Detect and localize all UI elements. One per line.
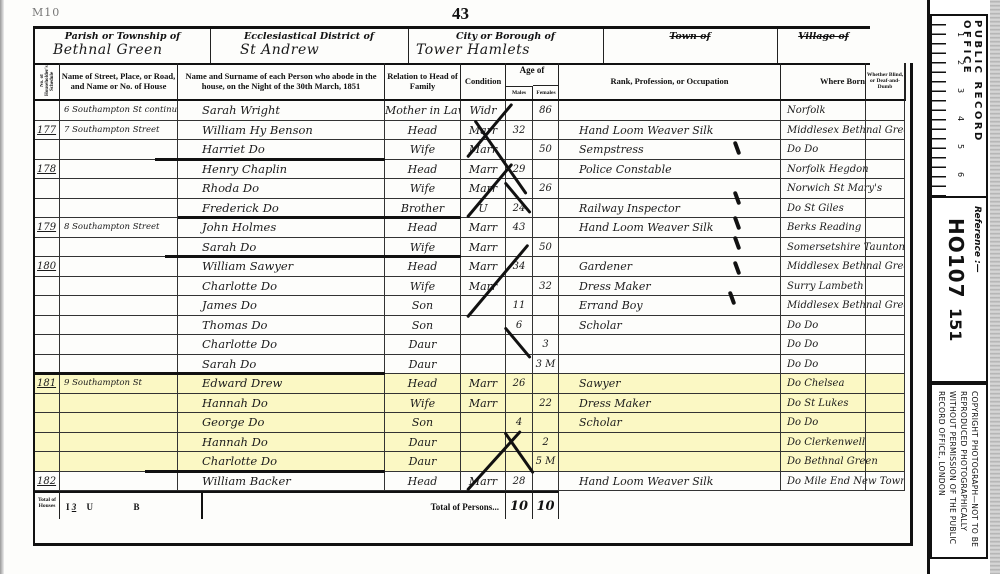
scan-border [990, 0, 1000, 574]
schedule-number-cell: 179 [35, 218, 60, 238]
disability-cell [865, 160, 905, 180]
table-row: 1798 Southampton StreetJohn HolmesHeadMa… [35, 218, 905, 238]
occupation-cell: Police Constable [559, 160, 781, 180]
occupation-cell: Hand Loom Weaver Silk [559, 218, 781, 238]
occupation-cell [559, 101, 781, 121]
table-row: 6 Southampton St continuedSarah WrightMo… [35, 101, 905, 121]
schedule-number-cell: 181 [35, 374, 60, 394]
age-male-cell [506, 277, 533, 297]
age-female-cell: 86 [533, 101, 559, 121]
person-name-cell: Hannah Do [178, 433, 385, 453]
reference-code: HO107 [944, 218, 968, 299]
age-male-cell: 26 [506, 374, 533, 394]
disability-cell [865, 179, 905, 199]
condition-cell: Marr [461, 257, 506, 277]
address-cell [60, 433, 178, 453]
table-row: Hannah DoWifeMarr22Dress MakerDo St Luke… [35, 394, 905, 414]
disability-cell [865, 140, 905, 160]
archive-strip: 123456 PUBLIC RECORD OFFICE Reference :—… [927, 0, 993, 574]
age-female-cell: 2 [533, 433, 559, 453]
condition-cell [461, 335, 506, 355]
household-separator [178, 216, 461, 219]
relation-cell: Daur [385, 452, 461, 472]
occupation-cell [559, 433, 781, 453]
header-disability: Whether Blind, or Deaf-and-Dumb [865, 63, 905, 101]
census-table: No. of Householder's Schedule Name of St… [33, 63, 913, 546]
household-separator [35, 372, 385, 375]
address-cell [60, 472, 178, 492]
address-cell [60, 413, 178, 433]
relation-cell: Son [385, 296, 461, 316]
scale-ruler: 123456 PUBLIC RECORD OFFICE [930, 14, 988, 198]
disability-cell [865, 335, 905, 355]
schedule-number-cell [35, 238, 60, 258]
table-row: Charlotte DoWifeMarr32Dress MakerSurry L… [35, 277, 905, 297]
occupation-cell: Railway Inspector [559, 199, 781, 219]
age-female-cell [533, 316, 559, 336]
person-name-cell: William Backer [178, 472, 385, 492]
schedule-number-cell: 177 [35, 121, 60, 141]
header-occupation: Rank, Profession, or Occupation [559, 63, 781, 101]
disability-cell [865, 316, 905, 336]
table-row: 1777 Southampton StreetWilliam Hy Benson… [35, 121, 905, 141]
relation-cell: Head [385, 160, 461, 180]
total-females: 10 [533, 491, 559, 519]
disability-cell [865, 433, 905, 453]
occupation-cell: Dress Maker [559, 394, 781, 414]
condition-cell: Marr [461, 374, 506, 394]
town-field: Town of [603, 29, 778, 63]
relation-cell: Head [385, 472, 461, 492]
person-name-cell: George Do [178, 413, 385, 433]
disability-cell [865, 277, 905, 297]
schedule-number-cell [35, 277, 60, 297]
age-female-cell [533, 296, 559, 316]
header-name: Name and Surname of each Person who abod… [178, 63, 385, 101]
relation-cell: Wife [385, 394, 461, 414]
disability-cell [865, 472, 905, 492]
schedule-number-cell [35, 394, 60, 414]
disability-cell [865, 413, 905, 433]
total-houses-label: Total of Houses [35, 491, 60, 519]
age-female-cell [533, 472, 559, 492]
schedule-number-cell [35, 140, 60, 160]
schedule-number-cell [35, 433, 60, 453]
person-name-cell: Edward Drew [178, 374, 385, 394]
village-field: Village of [777, 29, 870, 63]
occupation-cell [559, 452, 781, 472]
schedule-number-cell [35, 316, 60, 336]
occupation-cell: Dress Maker [559, 277, 781, 297]
age-female-cell: 32 [533, 277, 559, 297]
occupation-cell: Errand Boy [559, 296, 781, 316]
copyright-notice: COPYRIGHT PHOTOGRAPH—NOT TO BE REPRODUCE… [936, 391, 980, 557]
address-cell [60, 160, 178, 180]
relation-cell: Wife [385, 140, 461, 160]
disability-cell [865, 355, 905, 375]
ruler-ticks [932, 16, 946, 196]
parish-value: Bethnal Green [53, 42, 162, 58]
age-female-cell [533, 160, 559, 180]
condition-cell: Marr [461, 218, 506, 238]
age-female-cell: 50 [533, 238, 559, 258]
address-cell [60, 316, 178, 336]
borough-value: Tower Hamlets [416, 42, 530, 58]
table-row: Hannah DoDaur2Do Clerkenwell [35, 433, 905, 453]
relation-cell: Mother in Law [385, 101, 461, 121]
table-row: George DoSon4ScholarDo Do [35, 413, 905, 433]
condition-cell: Marr [461, 394, 506, 414]
address-cell [60, 296, 178, 316]
district-label: Ecclesiastical District of [210, 31, 408, 42]
person-name-cell: Henry Chaplin [178, 160, 385, 180]
address-cell: 7 Southampton Street [60, 121, 178, 141]
relation-cell: Head [385, 257, 461, 277]
address-cell: 6 Southampton St continued [60, 101, 178, 121]
age-female-cell [533, 413, 559, 433]
age-female-cell: 3 [533, 335, 559, 355]
table-row: Charlotte DoDaur3Do Do [35, 335, 905, 355]
header-age-label: Age of [506, 65, 558, 75]
age-female-cell [533, 374, 559, 394]
totals-row: Total of Houses I 3 U B Total of Persons… [35, 491, 905, 539]
relation-cell: Wife [385, 179, 461, 199]
relation-cell: Daur [385, 433, 461, 453]
condition-cell [461, 433, 506, 453]
address-cell [60, 277, 178, 297]
occupation-cell: Gardener [559, 257, 781, 277]
age-female-cell: 26 [533, 179, 559, 199]
age-female-cell: 50 [533, 140, 559, 160]
address-cell [60, 179, 178, 199]
schedule-number-cell [35, 179, 60, 199]
relation-cell: Head [385, 374, 461, 394]
table-row: 178Henry ChaplinHeadMarr29Police Constab… [35, 160, 905, 180]
occupation-cell: Hand Loom Weaver Silk [559, 121, 781, 141]
disability-cell [865, 374, 905, 394]
table-row: 1819 Southampton StEdward DrewHeadMarr26… [35, 374, 905, 394]
address-cell: 9 Southampton St [60, 374, 178, 394]
person-name-cell: John Holmes [178, 218, 385, 238]
occupation-cell: Scholar [559, 413, 781, 433]
relation-cell: Head [385, 121, 461, 141]
occupation-cell: Sempstress [559, 140, 781, 160]
table-row: Thomas DoSon6ScholarDo Do [35, 316, 905, 336]
occupation-cell [559, 179, 781, 199]
town-label: Town of [603, 31, 777, 42]
schedule-number-cell: 180 [35, 257, 60, 277]
age-female-cell: 22 [533, 394, 559, 414]
person-name-cell: Hannah Do [178, 394, 385, 414]
disability-cell [865, 218, 905, 238]
relation-cell: Son [385, 316, 461, 336]
scan-mark: M10 [32, 6, 60, 19]
household-separator [145, 470, 385, 473]
household-separator [155, 158, 385, 161]
person-name-cell: James Do [178, 296, 385, 316]
person-name-cell: William Hy Benson [178, 121, 385, 141]
age-male-cell: 32 [506, 121, 533, 141]
disability-cell [865, 101, 905, 121]
reference-label: Reference :— [972, 206, 982, 273]
schedule-number-cell: 178 [35, 160, 60, 180]
header-schedule: No. of Householder's Schedule [35, 63, 60, 101]
age-female-cell: 3 M [533, 355, 559, 375]
age-male-cell [506, 394, 533, 414]
disability-cell [865, 238, 905, 258]
header-condition: Condition [461, 63, 506, 101]
age-female-cell: 5 M [533, 452, 559, 472]
address-cell [60, 335, 178, 355]
age-female-cell [533, 218, 559, 238]
borough-label: City or Borough of [408, 31, 603, 42]
occupation-cell: Sawyer [559, 374, 781, 394]
person-name-cell: Sarah Wright [178, 101, 385, 121]
copyright-box: COPYRIGHT PHOTOGRAPH—NOT TO BE REPRODUCE… [930, 383, 988, 559]
condition-cell: Marr [461, 238, 506, 258]
relation-cell: Head [385, 218, 461, 238]
address-cell [60, 394, 178, 414]
borough-field: City or Borough of Tower Hamlets [408, 29, 604, 63]
household-separator [165, 255, 461, 258]
reference-page: 151 [946, 308, 965, 341]
person-name-cell: Thomas Do [178, 316, 385, 336]
parish-label: Parish or Township of [35, 31, 210, 42]
occupation-cell [559, 238, 781, 258]
person-name-cell: William Sawyer [178, 257, 385, 277]
inhabited-count: 3 [72, 502, 77, 512]
condition-cell [461, 355, 506, 375]
relation-cell: Son [385, 413, 461, 433]
occupation-cell [559, 335, 781, 355]
parish-field: Parish or Township of Bethnal Green [35, 29, 211, 63]
age-male-cell: 28 [506, 472, 533, 492]
total-persons-label: Total of Persons... [203, 491, 506, 519]
condition-cell [461, 316, 506, 336]
header-age: Age of Males Females [506, 63, 559, 101]
disability-cell [865, 199, 905, 219]
schedule-number-cell [35, 413, 60, 433]
schedule-number-cell [35, 101, 60, 121]
schedule-number-cell [35, 335, 60, 355]
total-males: 10 [506, 491, 533, 519]
district-value: St Andrew [240, 42, 319, 58]
reference-box: Reference :— HO107 151 [930, 198, 988, 383]
occupation-cell: Hand Loom Weaver Silk [559, 472, 781, 492]
district-field: Ecclesiastical District of St Andrew [210, 29, 409, 63]
header-band: Parish or Township of Bethnal Green Eccl… [33, 26, 870, 65]
total-houses: I 3 U B [60, 491, 203, 519]
schedule-number-cell: 182 [35, 472, 60, 492]
header-address: Name of Street, Place, or Road, and Name… [60, 63, 178, 101]
age-male-cell: 11 [506, 296, 533, 316]
schedule-number-cell [35, 452, 60, 472]
relation-cell: Daur [385, 355, 461, 375]
schedule-number-cell [35, 296, 60, 316]
age-male-cell: 43 [506, 218, 533, 238]
occupation-cell [559, 355, 781, 375]
person-name-cell: Charlotte Do [178, 277, 385, 297]
village-label: Village of [777, 31, 870, 42]
address-cell: 8 Southampton Street [60, 218, 178, 238]
scan-edge [0, 0, 4, 574]
person-name-cell: Rhoda Do [178, 179, 385, 199]
header-age-females: Females [533, 85, 559, 99]
ruler-label: PUBLIC RECORD OFFICE [961, 20, 983, 196]
condition-cell [461, 413, 506, 433]
header-relation: Relation to Head of Family [385, 63, 461, 101]
table-row: Rhoda DoWifeMarr26Norwich St Mary's [35, 179, 905, 199]
disability-cell [865, 121, 905, 141]
table-row: 180William SawyerHeadMarr34GardenerMiddl… [35, 257, 905, 277]
disability-cell [865, 257, 905, 277]
occupation-cell: Scholar [559, 316, 781, 336]
age-male-cell [506, 140, 533, 160]
disability-cell [865, 452, 905, 472]
address-cell [60, 199, 178, 219]
relation-cell: Wife [385, 277, 461, 297]
page-number: 43 [452, 4, 469, 24]
disability-cell [865, 394, 905, 414]
age-female-cell [533, 199, 559, 219]
age-female-cell [533, 121, 559, 141]
relation-cell: Daur [385, 335, 461, 355]
header-age-males: Males [506, 86, 533, 99]
address-cell [60, 257, 178, 277]
person-name-cell: Charlotte Do [178, 335, 385, 355]
age-female-cell [533, 257, 559, 277]
schedule-number-cell [35, 199, 60, 219]
disability-cell [865, 296, 905, 316]
address-cell [60, 238, 178, 258]
